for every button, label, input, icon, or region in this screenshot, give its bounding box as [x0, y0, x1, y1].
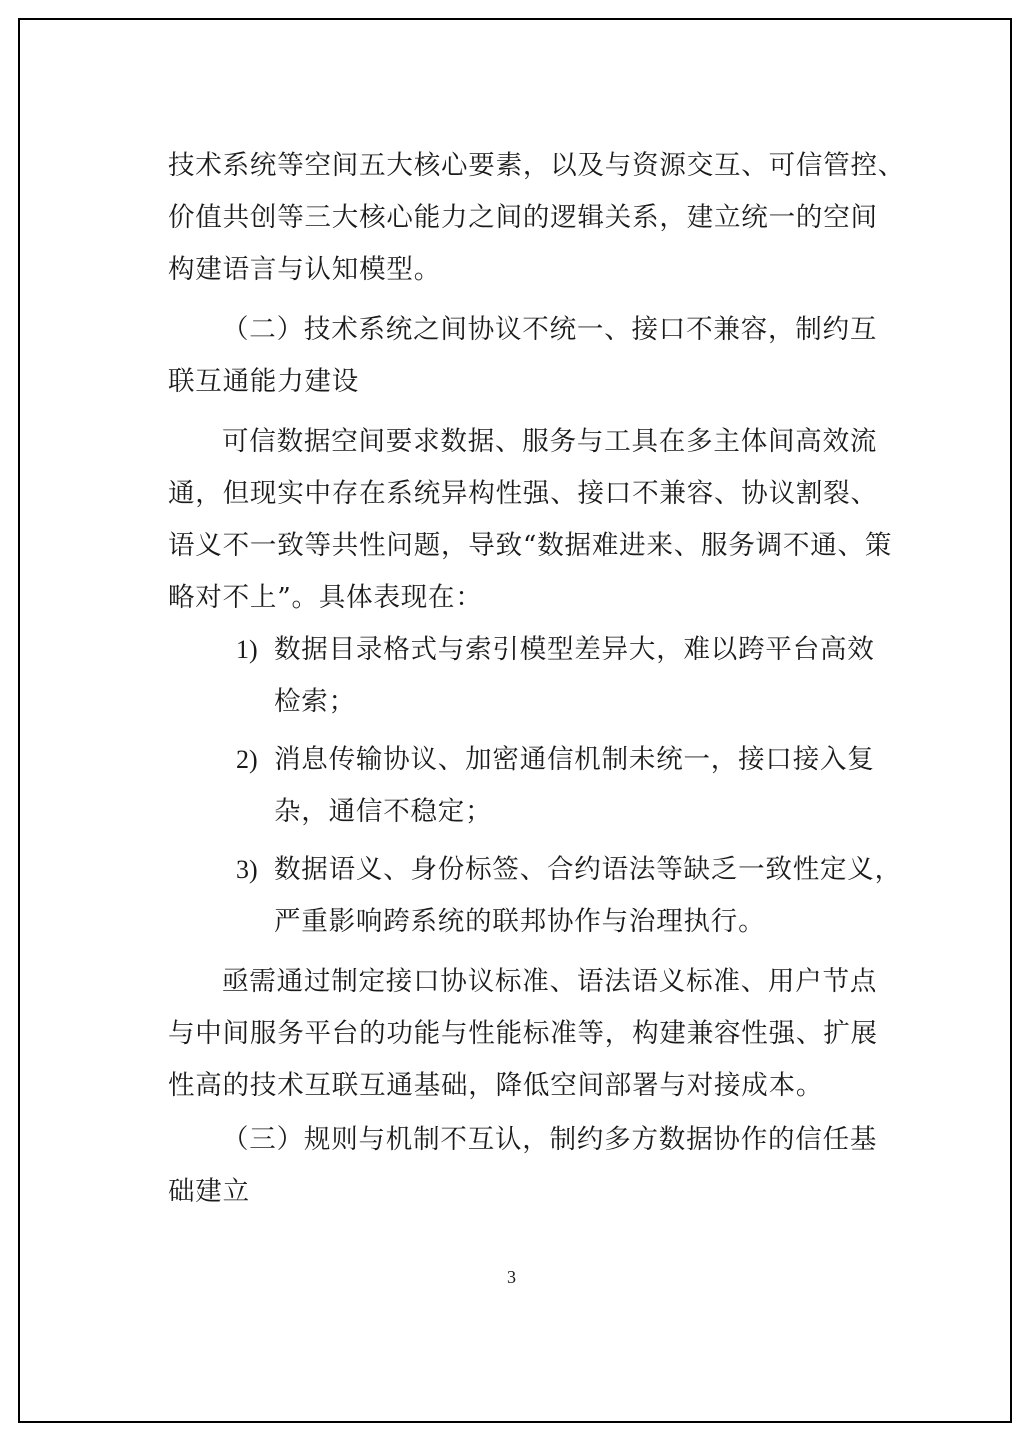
- list-text-line: 消息传输协议、加密通信机制未统一，接口接入复: [274, 740, 862, 780]
- list-text-line: 数据语义、身份标签、合约语法等缺乏一致性定义，: [274, 850, 862, 890]
- list-text-line: 数据目录格式与索引模型差异大，难以跨平台高效: [274, 630, 862, 670]
- text-line: 通，但现实中存在系统异构性强、接口不兼容、协议割裂、: [168, 474, 862, 514]
- list-text-line: 严重影响跨系统的联邦协作与治理执行。: [274, 902, 765, 942]
- text-line: 与中间服务平台的功能与性能标准等，构建兼容性强、扩展: [168, 1014, 862, 1054]
- text-line: 技术系统等空间五大核心要素，以及与资源交互、可信管控、: [168, 146, 862, 186]
- heading-line: （二）技术系统之间协议不统一、接口不兼容，制约互: [222, 310, 862, 350]
- text-line: 性高的技术互联互通基础，降低空间部署与对接成本。: [168, 1066, 823, 1106]
- list-number: 3): [236, 850, 258, 890]
- text-line: 构建语言与认知模型。: [168, 250, 441, 290]
- list-text-line: 杂，通信不稳定；: [274, 792, 492, 832]
- page-number: 3: [507, 1265, 516, 1289]
- list-text-line: 检索；: [274, 682, 356, 722]
- heading-line: 础建立: [168, 1172, 250, 1212]
- text-line: 价值共创等三大核心能力之间的逻辑关系，建立统一的空间: [168, 198, 862, 238]
- text-line: 略对不上”。具体表现在：: [168, 578, 483, 618]
- text-line: 可信数据空间要求数据、服务与工具在多主体间高效流: [222, 422, 862, 462]
- text-line: 亟需通过制定接口协议标准、语法语义标准、用户节点: [222, 962, 862, 1002]
- heading-line: 联互通能力建设: [168, 362, 359, 402]
- text-line: 语义不一致等共性问题，导致“数据难进来、服务调不通、策: [168, 526, 862, 566]
- list-number: 1): [236, 630, 258, 670]
- heading-line: （三）规则与机制不互认，制约多方数据协作的信任基: [222, 1120, 862, 1160]
- list-number: 2): [236, 740, 258, 780]
